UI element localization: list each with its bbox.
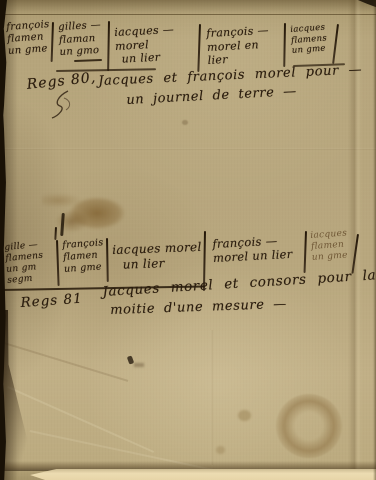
vertical-fold-mark (210, 330, 213, 465)
name-line: iacques morel (112, 240, 202, 258)
table2-column-3: iacques morel un lier (112, 240, 202, 273)
table1-column-4: françois — morel en lier (206, 24, 270, 68)
left-edge-shadow (4, 0, 18, 480)
top-fold-shading (0, 0, 376, 15)
table2-column-2: françois flamen un gme (62, 237, 106, 276)
table2-column-5: iacques flamen un gme (310, 228, 349, 263)
faint-spot (238, 410, 251, 421)
name-line: un lier (113, 255, 203, 273)
name-line: un gmo (59, 45, 102, 60)
pen-flourish (44, 90, 78, 120)
horizontal-crease (0, 148, 376, 150)
table1-column-5: iacques flamens un gme (290, 22, 328, 56)
manuscript-page: françois flamen un gme gilles — flaman u… (0, 0, 376, 480)
faint-spot (182, 120, 188, 125)
ink-stain (42, 183, 142, 241)
table1-column-3: iacques — morel un lier (114, 23, 176, 67)
faint-spot (134, 363, 144, 367)
faint-spot (216, 446, 225, 454)
table2-column-4: françois — morel un lier (212, 233, 293, 265)
table1-column-2: gilles — flaman un gmo (58, 20, 103, 60)
ring-stain (276, 394, 342, 458)
